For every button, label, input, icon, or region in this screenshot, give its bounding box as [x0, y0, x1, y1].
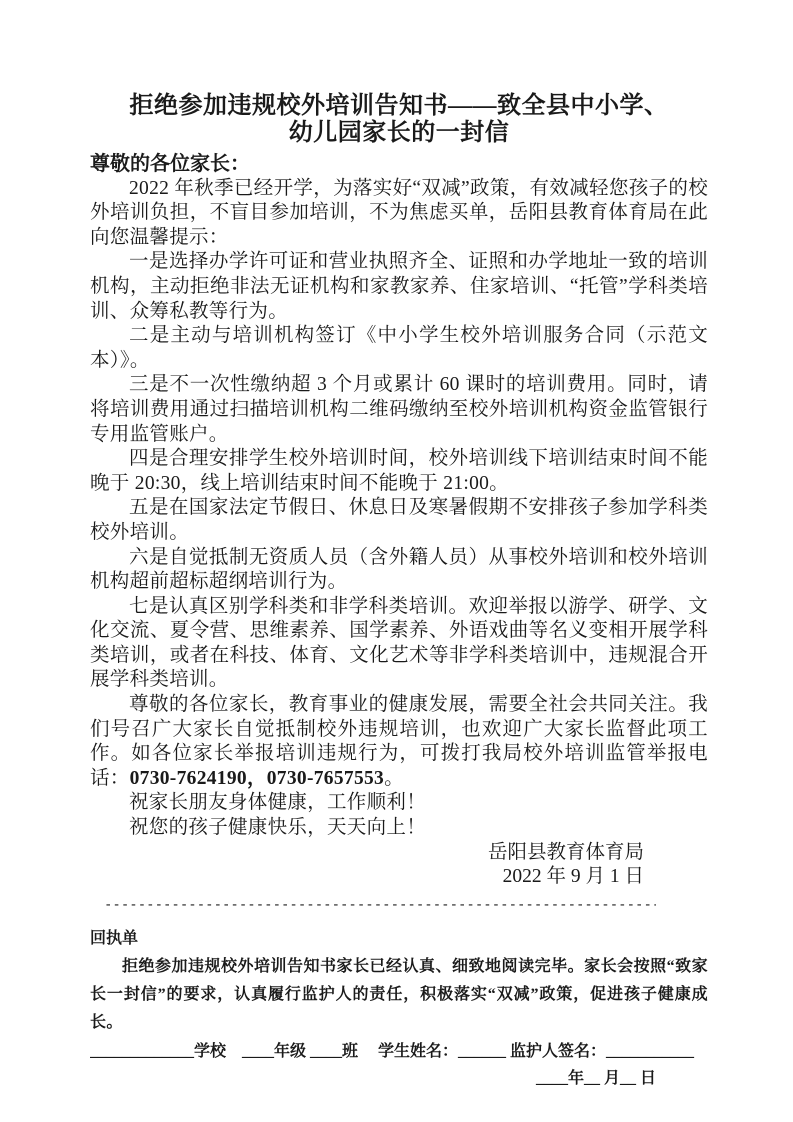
- closing-suffix: 。: [384, 768, 404, 789]
- paragraph-item-4: 四是合理安排学生校外培训时间，校外培训线下培训结束时间不能晚于 20:30，线上…: [90, 447, 708, 496]
- closing-paragraph: 尊敬的各位家长，教育事业的健康发展，需要全社会共同关注。我们号召广大家长自觉抵制…: [90, 693, 708, 791]
- paragraph-item-2: 二是主动与培训机构签订《中小学生校外培训服务合同（示范文本）》。: [90, 324, 708, 373]
- paragraph-intro: 2022 年秋季已经开学，为落实好“双减”政策，有效减轻您孩子的校外培训负担，不…: [90, 177, 708, 251]
- document-content: 拒绝参加违规校外培训告知书——致全县中小学、 幼儿园家长的一封信 尊敬的各位家长…: [90, 93, 708, 1091]
- signature-block: 岳阳县教育体育局 2022 年 9 月 1 日: [90, 841, 708, 890]
- wish-line-1: 祝家长朋友身体健康，工作顺利！: [90, 791, 708, 816]
- paragraph-item-1: 一是选择办学许可证和营业执照齐全、证照和办学地址一致的培训机构，主动拒绝非法无证…: [90, 250, 708, 324]
- paragraph-item-6: 六是自觉抵制无资质人员（含外籍人员）从事校外培训和校外培训机构超前超标超纲培训行…: [90, 546, 708, 595]
- paragraph-item-5: 五是在国家法定节假日、休息日及寒暑假期不安排孩子参加学科类校外培训。: [90, 496, 708, 545]
- signature-org: 岳阳县教育体育局: [90, 841, 644, 866]
- receipt-section: 回执单 拒绝参加违规校外培训告知书家长已经认真、细致地阅读完毕。家长会按照“致家…: [90, 925, 708, 1091]
- receipt-heading: 回执单: [90, 925, 708, 953]
- page-title: 拒绝参加违规校外培训告知书——致全县中小学、 幼儿园家长的一封信: [90, 93, 708, 147]
- receipt-body: 拒绝参加违规校外培训告知书家长已经认真、细致地阅读完毕。家长会按照“致家长一封信…: [90, 953, 708, 1037]
- receipt-date-line: ____年__ 月__ 日: [90, 1067, 708, 1091]
- paragraph-item-3: 三是不一次性缴纳超 3 个月或累计 60 课时的培训费用。同时，请将培训费用通过…: [90, 373, 708, 447]
- paragraph-item-7: 七是认真区别学科类和非学科类培训。欢迎举报以游学、研学、文化交流、夏令营、思维素…: [90, 595, 708, 693]
- salutation: 尊敬的各位家长：: [90, 152, 708, 177]
- document-page: 拒绝参加违规校外培训告知书——致全县中小学、 幼儿园家长的一封信 尊敬的各位家长…: [0, 0, 793, 1122]
- page-title-line-2: 幼儿园家长的一封信: [90, 120, 708, 147]
- receipt-blanks-line: _____________学校 ____年级 ____班 学生姓名：______…: [90, 1037, 708, 1067]
- report-phone-numbers: 0730-7624190，0730-7657553: [130, 768, 385, 789]
- signature-date: 2022 年 9 月 1 日: [90, 865, 644, 890]
- wish-line-2: 祝您的孩子健康快乐，天天向上！: [90, 816, 708, 841]
- page-title-line-1: 拒绝参加违规校外培训告知书——致全县中小学、: [90, 93, 708, 120]
- dashed-separator: ----------------------------------------…: [104, 897, 656, 913]
